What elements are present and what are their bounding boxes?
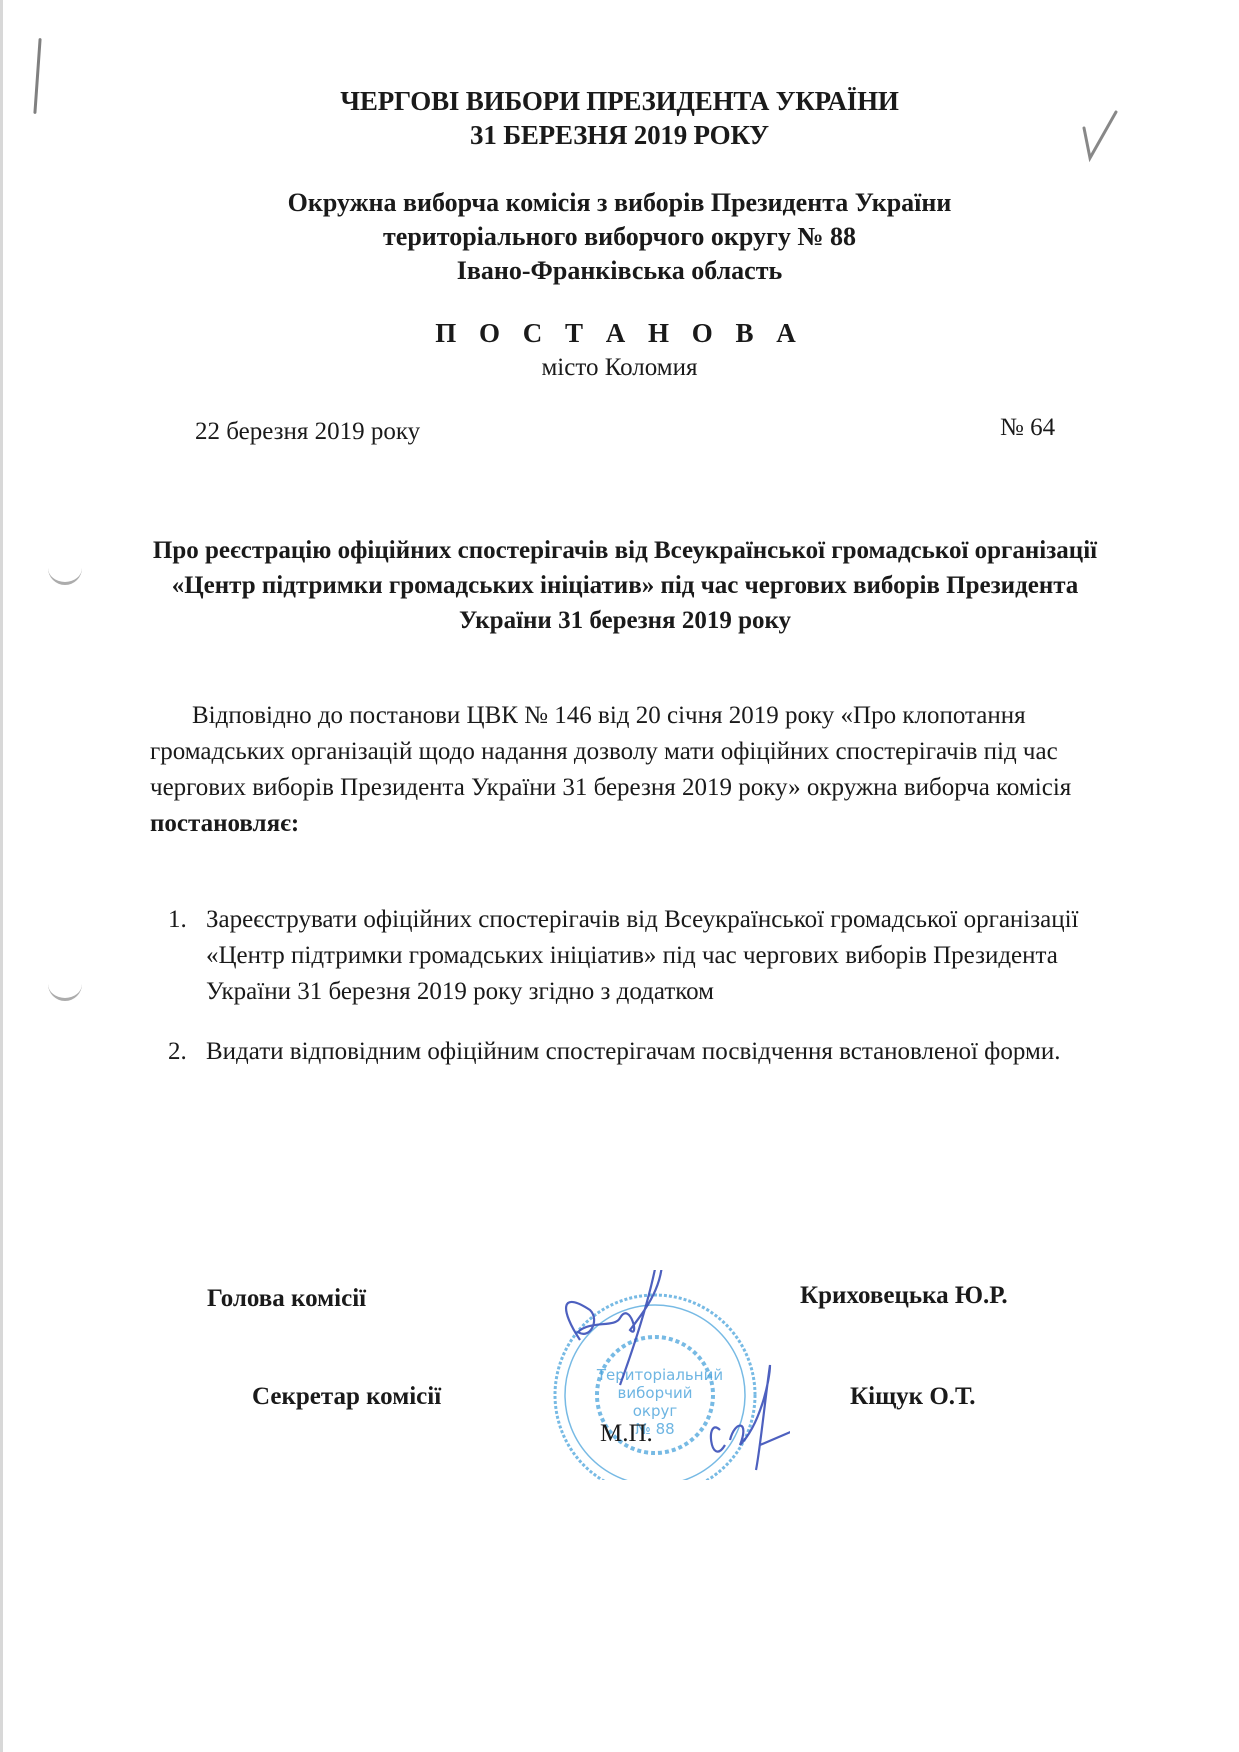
header-line-1: ЧЕРГОВІ ВИБОРИ ПРЕЗИДЕНТА УКРАЇНИ bbox=[0, 84, 1239, 118]
item-number: 1. bbox=[168, 902, 187, 938]
punch-hole-mark bbox=[48, 566, 82, 585]
preamble: Відповідно до постанови ЦВК № 146 від 20… bbox=[150, 698, 1080, 842]
chair-role: Голова комісії bbox=[207, 1285, 366, 1313]
list-item: 1. Зареєструвати офіційних спостерігачів… bbox=[160, 902, 1120, 1010]
official-stamp-icon: Територіальний виборчий округ № 88 bbox=[520, 1270, 790, 1480]
document-date: 22 березня 2019 року bbox=[195, 418, 420, 446]
svg-text:округ: округ bbox=[633, 1402, 678, 1420]
punch-hole-mark bbox=[48, 982, 82, 1001]
resolution-list: 1. Зареєструвати офіційних спостерігачів… bbox=[160, 902, 1120, 1010]
document-number: № 64 bbox=[1000, 414, 1055, 442]
svg-text:Територіальний: Територіальний bbox=[596, 1366, 723, 1384]
city: місто Коломия bbox=[0, 354, 1239, 382]
secretary-role: Секретар комісії bbox=[252, 1383, 441, 1411]
resolution-list: 2. Видати відповідним офіційним спостері… bbox=[160, 1034, 1120, 1070]
item-number: 2. bbox=[168, 1034, 187, 1070]
preamble-resolution: постановляє: bbox=[150, 810, 299, 837]
document-subject: Про реєстрацію офіційних спостерігачів в… bbox=[130, 533, 1120, 638]
commission-line-1: Окружна виборча комісія з виборів Презид… bbox=[0, 186, 1239, 220]
secretary-name: Кіщук О.Т. bbox=[850, 1383, 975, 1411]
commission-line-2: територіального виборчого округу № 88 bbox=[0, 220, 1239, 254]
chair-name: Криховецька Ю.Р. bbox=[800, 1282, 1008, 1310]
preamble-text: Відповідно до постанови ЦВК № 146 від 20… bbox=[150, 702, 1071, 801]
svg-text:виборчий: виборчий bbox=[618, 1384, 693, 1402]
seal-mark: М.П. bbox=[600, 1420, 653, 1448]
commission-line-3: Івано-Франківська область bbox=[0, 254, 1239, 288]
item-text: Видати відповідним офіційним спостерігач… bbox=[206, 1038, 1060, 1065]
header-line-2: 31 БЕРЕЗНЯ 2019 РОКУ bbox=[0, 118, 1239, 152]
list-item: 2. Видати відповідним офіційним спостері… bbox=[160, 1034, 1120, 1070]
commission-header: Окружна виборча комісія з виборів Презид… bbox=[0, 186, 1239, 288]
election-header: ЧЕРГОВІ ВИБОРИ ПРЕЗИДЕНТА УКРАЇНИ 31 БЕР… bbox=[0, 84, 1239, 152]
item-text: Зареєструвати офіційних спостерігачів ві… bbox=[206, 906, 1079, 1005]
document-page: ЧЕРГОВІ ВИБОРИ ПРЕЗИДЕНТА УКРАЇНИ 31 БЕР… bbox=[0, 0, 1239, 1752]
document-type: П О С Т А Н О В А bbox=[0, 318, 1239, 349]
